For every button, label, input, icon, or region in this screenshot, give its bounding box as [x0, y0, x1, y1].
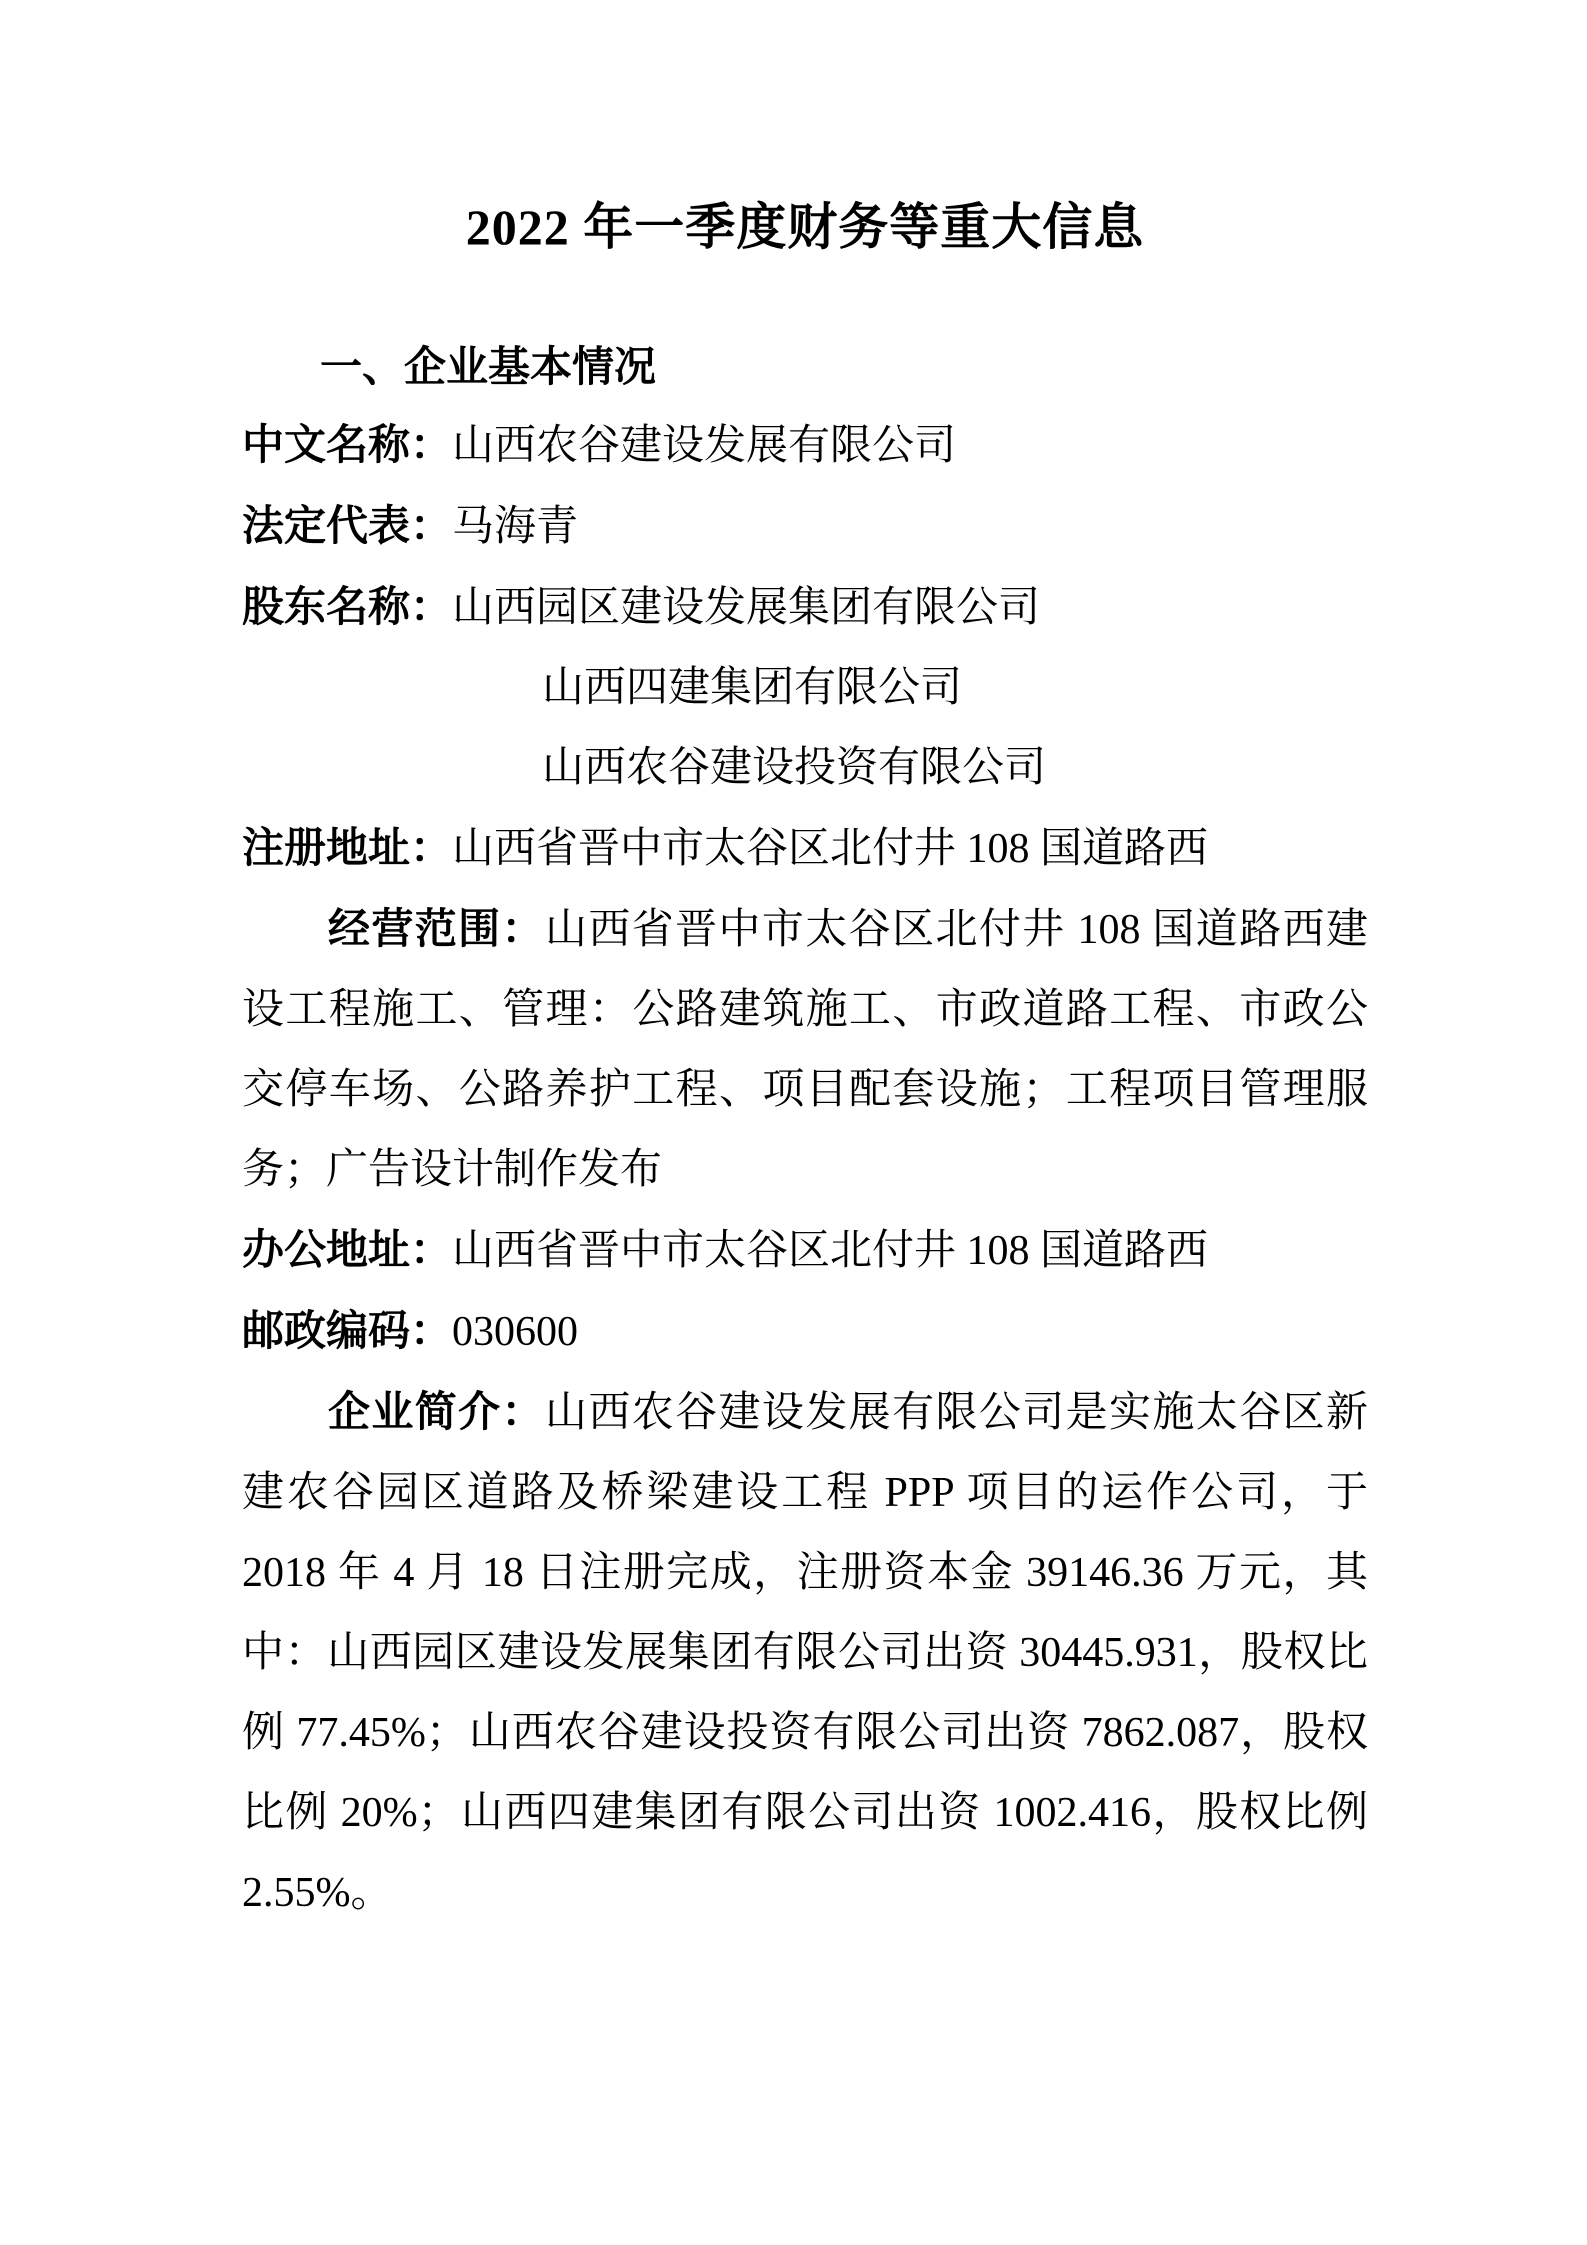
shareholder-extra-line: 山西四建集团有限公司: [242, 648, 1368, 728]
field-postal-code-value: 030600: [452, 1309, 578, 1355]
field-registered-address-label: 注册地址：: [242, 824, 452, 871]
document-page: 2022 年一季度财务等重大信息 一、企业基本情况 中文名称：山西农谷建设发展有…: [0, 0, 1587, 2245]
field-chinese-name-value: 山西农谷建设发展有限公司: [452, 423, 956, 469]
field-office-address: 办公地址：山西省晋中市太谷区北付井 108 国道路西: [242, 1210, 1368, 1291]
para-business-scope: 经营范围：山西省晋中市太谷区北付井 108 国道路西建设工程施工、管理：公路建筑…: [242, 889, 1368, 1210]
field-office-address-label: 办公地址：: [242, 1226, 452, 1273]
field-shareholders-label: 股东名称：: [242, 583, 452, 630]
field-legal-representative-value: 马海青: [452, 504, 578, 550]
field-registered-address-value: 山西省晋中市太谷区北付井 108 国道路西: [452, 826, 1208, 872]
section-heading: 一、企业基本情况: [242, 329, 1368, 405]
field-legal-representative-label: 法定代表：: [242, 502, 452, 549]
field-shareholders-value: 山西园区建设发展集团有限公司: [452, 585, 1040, 631]
para-company-profile-text: 山西农谷建设发展有限公司是实施太谷区新建农谷园区道路及桥梁建设工程 PPP 项目…: [242, 1390, 1368, 1916]
field-chinese-name: 中文名称：山西农谷建设发展有限公司: [242, 405, 1368, 486]
field-postal-code: 邮政编码：030600: [242, 1291, 1368, 1372]
para-company-profile: 企业简介：山西农谷建设发展有限公司是实施太谷区新建农谷园区道路及桥梁建设工程 P…: [242, 1372, 1368, 1933]
shareholder-extra-line: 山西农谷建设投资有限公司: [242, 728, 1368, 808]
para-business-scope-label: 经营范围：: [328, 905, 545, 952]
field-office-address-value: 山西省晋中市太谷区北付井 108 国道路西: [452, 1228, 1208, 1274]
field-chinese-name-label: 中文名称：: [242, 421, 452, 468]
field-postal-code-label: 邮政编码：: [242, 1307, 452, 1354]
para-company-profile-label: 企业简介：: [328, 1388, 545, 1435]
field-registered-address: 注册地址：山西省晋中市太谷区北付井 108 国道路西: [242, 808, 1368, 889]
document-title: 2022 年一季度财务等重大信息: [242, 198, 1368, 256]
field-legal-representative: 法定代表：马海青: [242, 486, 1368, 567]
field-shareholders: 股东名称：山西园区建设发展集团有限公司: [242, 567, 1368, 648]
